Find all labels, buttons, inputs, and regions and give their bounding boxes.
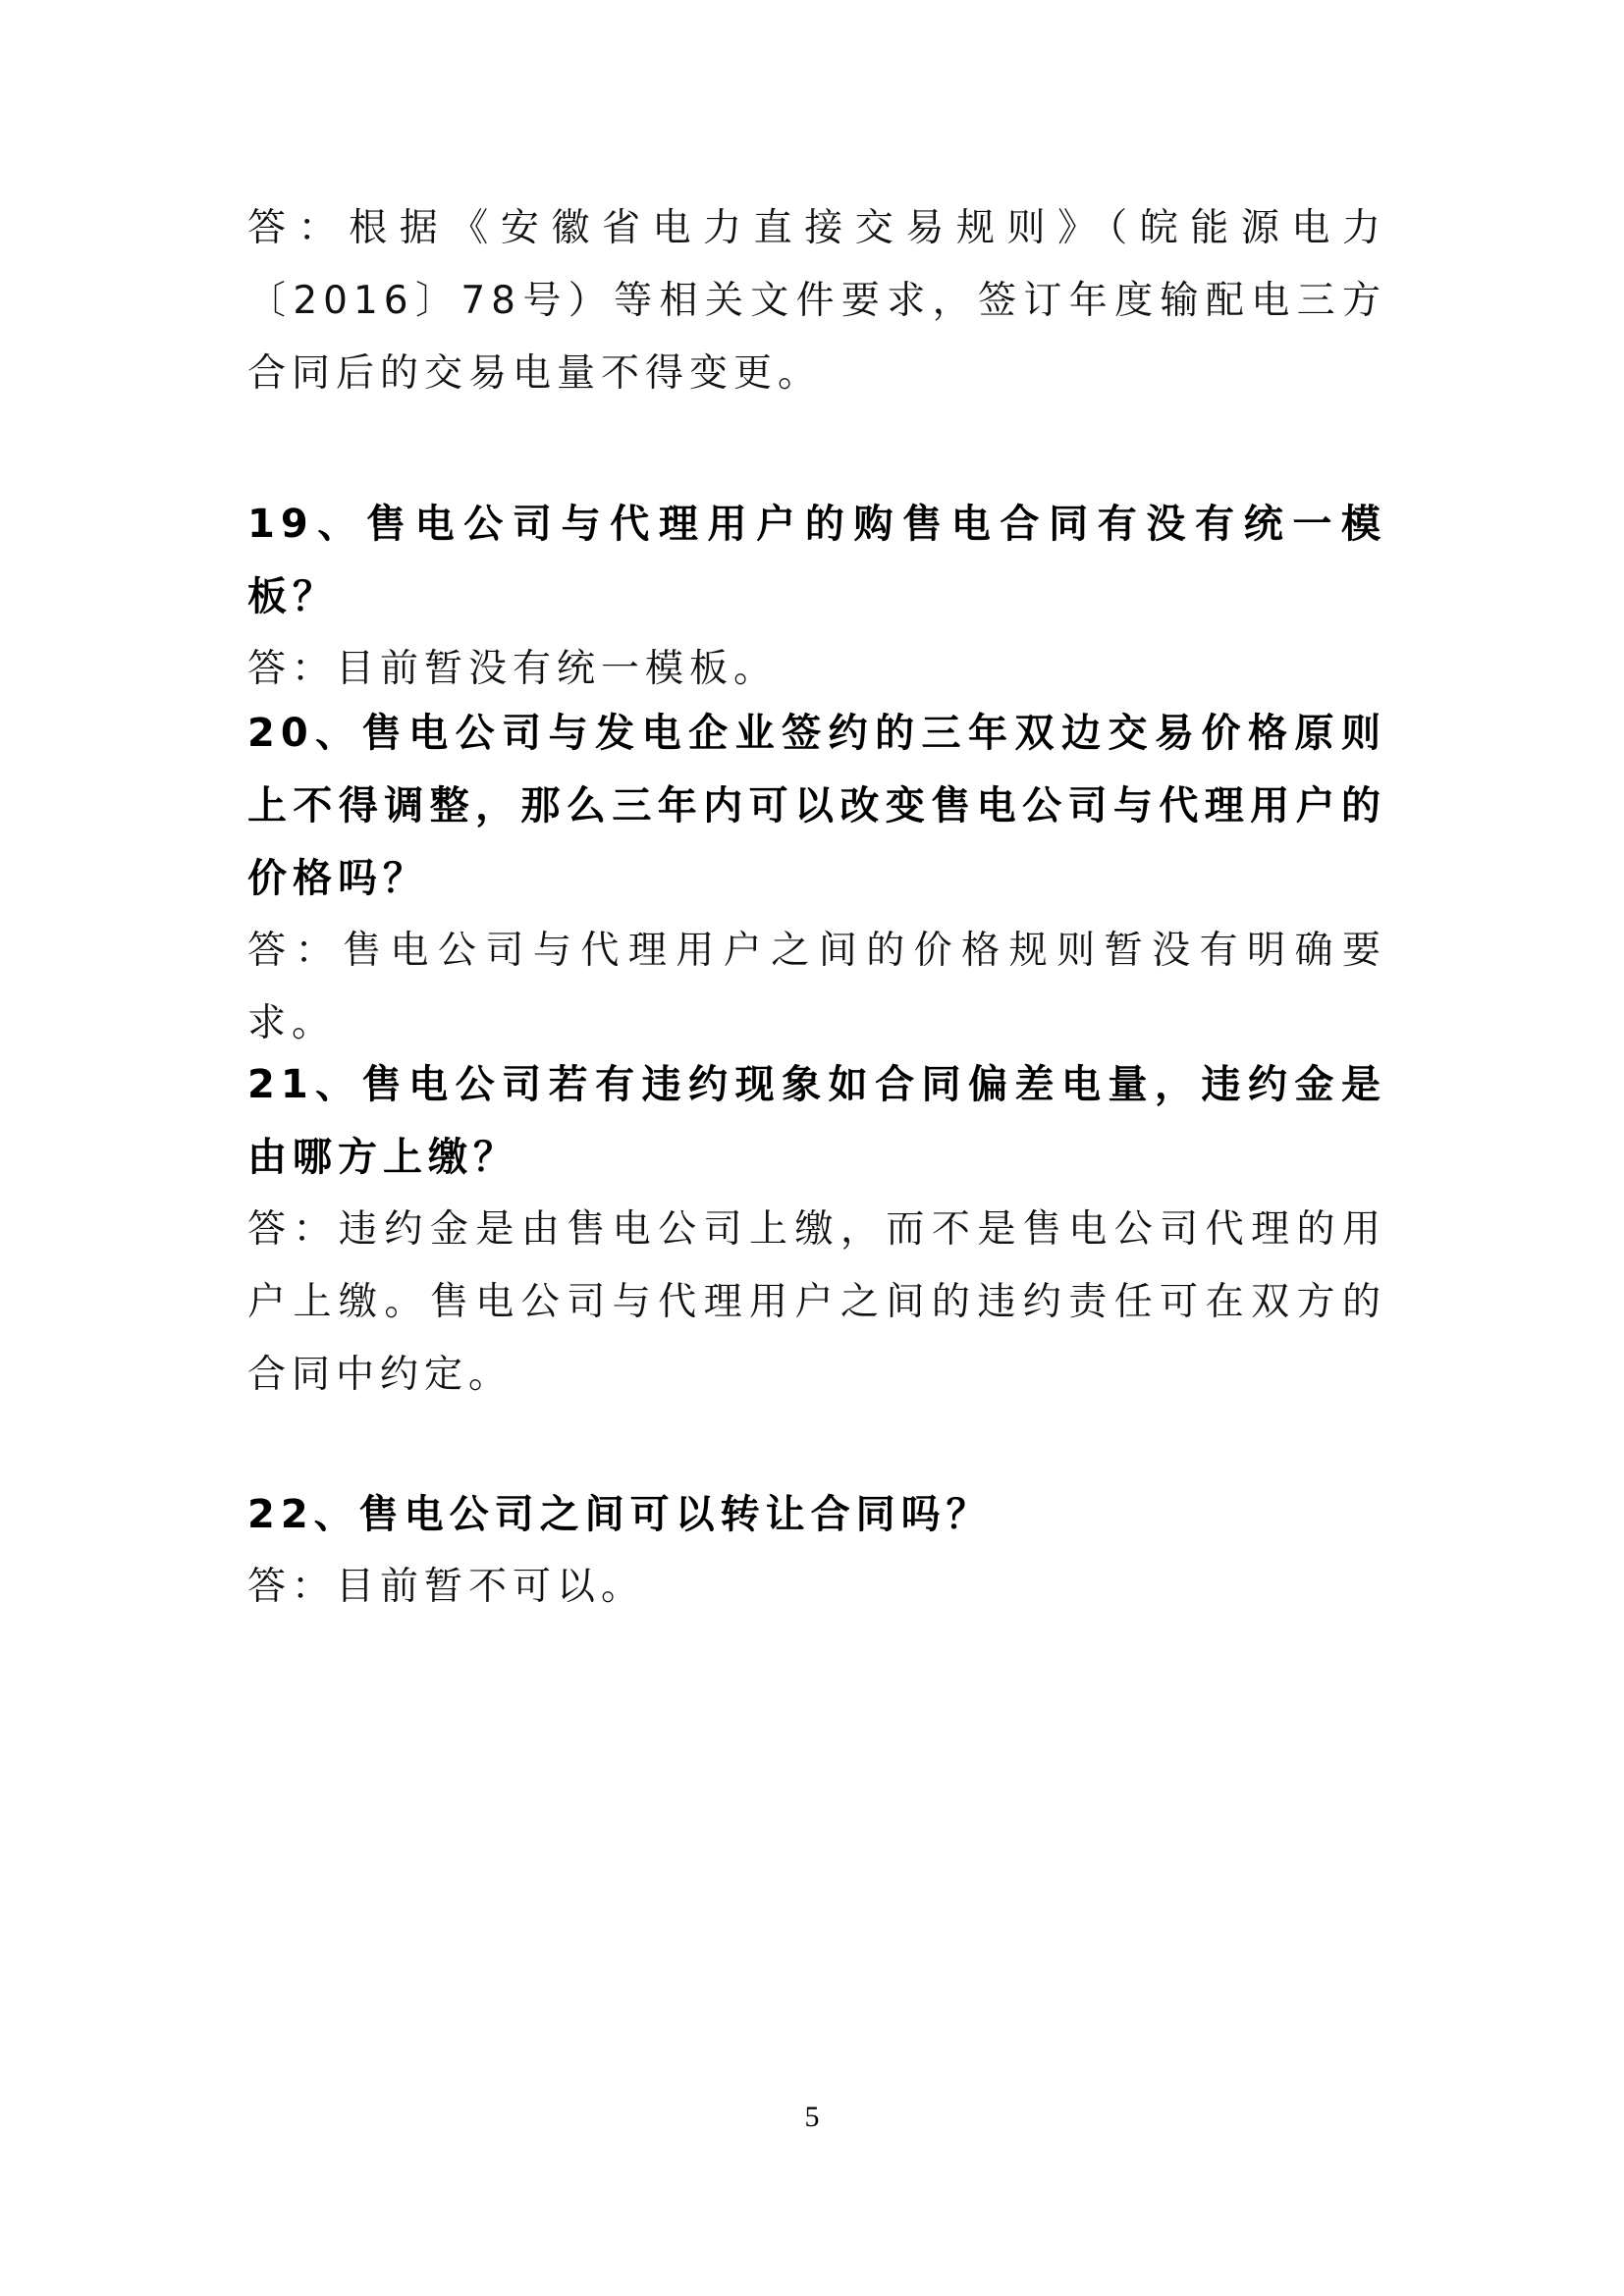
- document-page: 答：根据《安徽省电力直接交易规则》（皖能源电力〔2016〕78号）等相关文件要求…: [0, 0, 1624, 2296]
- question-text: 22、售电公司之间可以转让合同吗？: [247, 1478, 1386, 1551]
- question-text: 20、售电公司与发电企业签约的三年双边交易价格原则上不得调整，那么三年内可以改变…: [247, 697, 1386, 915]
- question-text: 21、售电公司若有违约现象如合同偏差电量，违约金是由哪方上缴？: [247, 1048, 1386, 1194]
- answer-text: 答：售电公司与代理用户之间的价格规则暂没有明确要求。: [247, 915, 1386, 1060]
- answer-18-continuation: 答：根据《安徽省电力直接交易规则》（皖能源电力〔2016〕78号）等相关文件要求…: [247, 192, 1386, 410]
- question-text: 19、售电公司与代理用户的购售电合同有没有统一模板？: [247, 488, 1386, 633]
- qa-item-22: 22、售电公司之间可以转让合同吗？ 答：目前暂不可以。: [247, 1478, 1386, 1624]
- qa-item-21: 21、售电公司若有违约现象如合同偏差电量，违约金是由哪方上缴？ 答：违约金是由售…: [247, 1048, 1386, 1412]
- answer-text: 答：违约金是由售电公司上缴，而不是售电公司代理的用户上缴。售电公司与代理用户之间…: [247, 1194, 1386, 1412]
- qa-item-19: 19、售电公司与代理用户的购售电合同有没有统一模板？ 答：目前暂没有统一模板。: [247, 488, 1386, 706]
- answer-text: 答：根据《安徽省电力直接交易规则》（皖能源电力〔2016〕78号）等相关文件要求…: [247, 192, 1386, 410]
- answer-text: 答：目前暂没有统一模板。: [247, 633, 1386, 706]
- page-number: 5: [0, 2101, 1624, 2134]
- qa-item-20: 20、售电公司与发电企业签约的三年双边交易价格原则上不得调整，那么三年内可以改变…: [247, 697, 1386, 1060]
- answer-text: 答：目前暂不可以。: [247, 1551, 1386, 1624]
